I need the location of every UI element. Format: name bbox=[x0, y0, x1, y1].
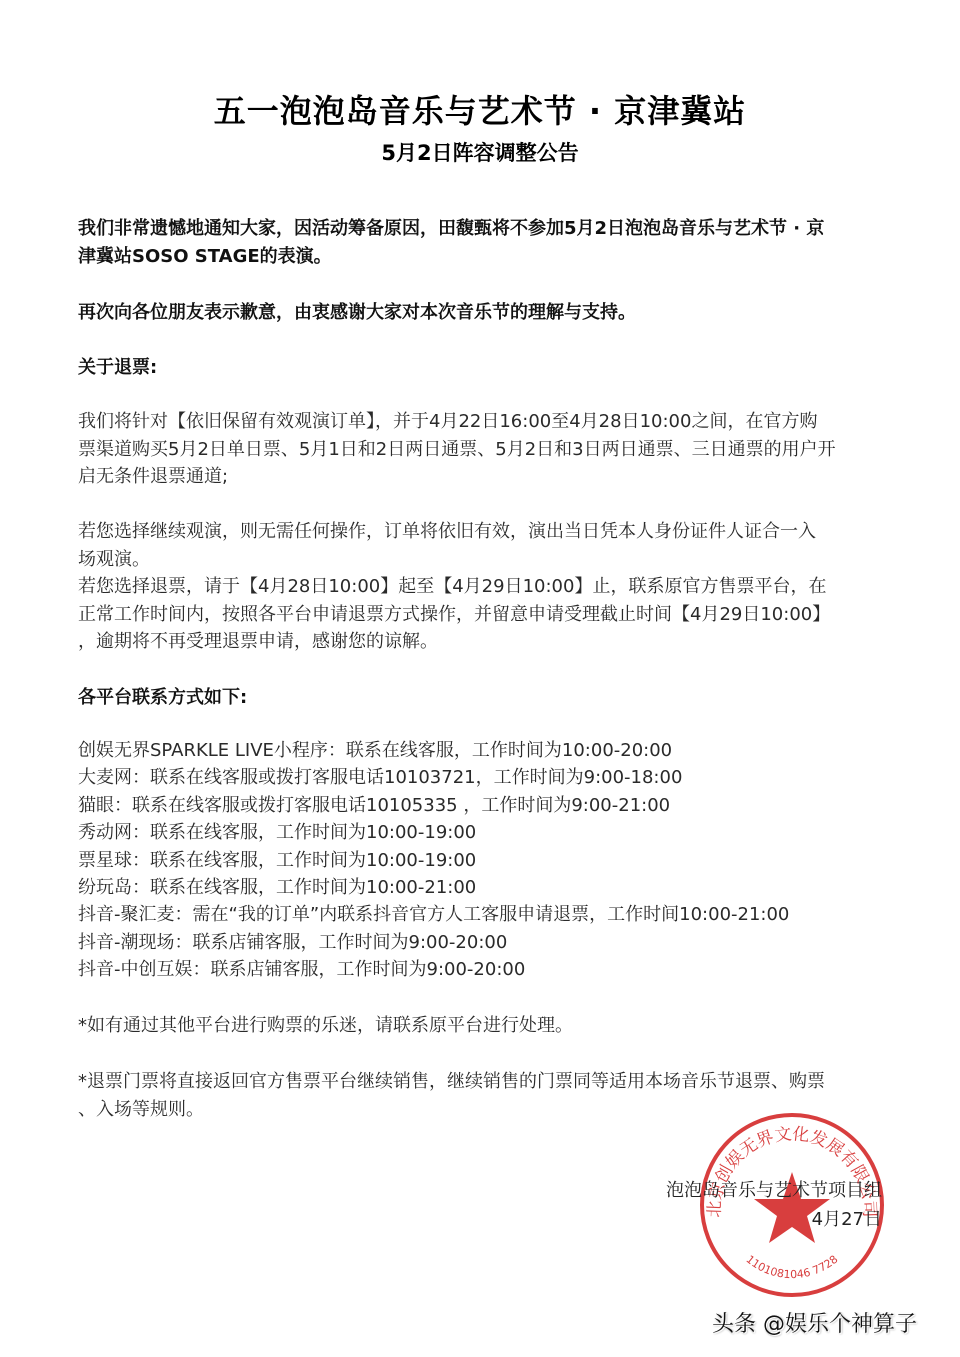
refund-line: 我们将针对【依旧保留有效观演订单】，并于4月22日16:00至4月28日10:0… bbox=[78, 408, 888, 436]
signature-org: 泡泡岛音乐与艺术节项目组 bbox=[666, 1176, 882, 1205]
refund-line: 启无条件退票通道; bbox=[78, 463, 888, 491]
contact-item: 猫眼：联系在线客服或拨打客服电话10105335 ，工作时间为9:00-21:0… bbox=[78, 792, 789, 819]
note-other-platforms: *如有通过其他平台进行购票的乐迷，请联系原平台进行处理。 bbox=[78, 1012, 888, 1040]
intro-line: 我们非常遗憾地通知大家，因活动筹备原因，田馥甄将不参加5月2日泡泡岛音乐与艺术节… bbox=[78, 215, 888, 243]
contact-item: 纷玩岛：联系在线客服，工作时间为10:00-21:00 bbox=[78, 874, 789, 901]
contact-item: 票星球：联系在线客服，工作时间为10:00-19:00 bbox=[78, 847, 789, 874]
signature-date: 4月27日 bbox=[666, 1205, 882, 1234]
contact-item: 抖音-潮现场：联系店铺客服，工作时间为9:00-20:00 bbox=[78, 929, 789, 956]
refund-line: 正常工作时间内，按照各平台申请退票方式操作，并留意申请受理截止时间【4月29日1… bbox=[78, 601, 888, 629]
page-title: 五一泡泡岛音乐与艺术节 · 京津冀站 bbox=[0, 86, 960, 132]
apology-paragraph: 再次向各位朋友表示歉意，由衷感谢大家对本次音乐节的理解与支持。 bbox=[78, 299, 888, 327]
contact-item: 创娱无界SPARKLE LIVE小程序：联系在线客服，工作时间为10:00-20… bbox=[78, 737, 789, 764]
contacts-heading: 各平台联系方式如下: bbox=[78, 684, 888, 712]
page-subtitle: 5月2日阵容调整公告 bbox=[0, 137, 960, 167]
source-watermark: 头条 @娱乐个神算子 bbox=[712, 1307, 917, 1338]
refund-line: 若您选择继续观演，则无需任何操作，订单将依旧有效，演出当日凭本人身份证件人证合一… bbox=[78, 518, 888, 546]
refund-heading: 关于退票: bbox=[78, 354, 888, 382]
refund-line: 票渠道购买5月2日单日票、5月1日和2日两日通票、5月2日和3日两日通票、三日通… bbox=[78, 436, 888, 464]
intro-paragraph: 我们非常遗憾地通知大家，因活动筹备原因，田馥甄将不参加5月2日泡泡岛音乐与艺术节… bbox=[78, 215, 888, 270]
refund-line: 场观演。 bbox=[78, 546, 888, 574]
refund-paragraph-1: 我们将针对【依旧保留有效观演订单】，并于4月22日16:00至4月28日10:0… bbox=[78, 408, 888, 491]
signature-block: 泡泡岛音乐与艺术节项目组 4月27日 bbox=[666, 1176, 882, 1234]
intro-line: 津冀站SOSO STAGE的表演。 bbox=[78, 243, 888, 271]
contact-item: 抖音-中创互娱：联系店铺客服，工作时间为9:00-20:00 bbox=[78, 956, 789, 983]
refund-paragraph-2: 若您选择继续观演，则无需任何操作，订单将依旧有效，演出当日凭本人身份证件人证合一… bbox=[78, 518, 888, 656]
contact-item: 大麦网：联系在线客服或拨打客服电话10103721，工作时间为9:00-18:0… bbox=[78, 764, 789, 791]
stamp-number: 1101081046 7728 bbox=[744, 1253, 841, 1281]
contacts-list: 创娱无界SPARKLE LIVE小程序：联系在线客服，工作时间为10:00-20… bbox=[78, 737, 789, 984]
contact-item: 抖音-聚汇麦：需在“我的订单”内联系抖音官方人工客服申请退票，工作时间10:00… bbox=[78, 901, 789, 928]
refund-line: 若您选择退票，请于【4月28日10:00】起至【4月29日10:00】止，联系原… bbox=[78, 573, 888, 601]
refund-line: ，逾期将不再受理退票申请，感谢您的谅解。 bbox=[78, 628, 888, 656]
note-line: *退票门票将直接返回官方售票平台继续销售，继续销售的门票同等适用本场音乐节退票、… bbox=[78, 1068, 888, 1096]
contact-item: 秀动网：联系在线客服，工作时间为10:00-19:00 bbox=[78, 819, 789, 846]
